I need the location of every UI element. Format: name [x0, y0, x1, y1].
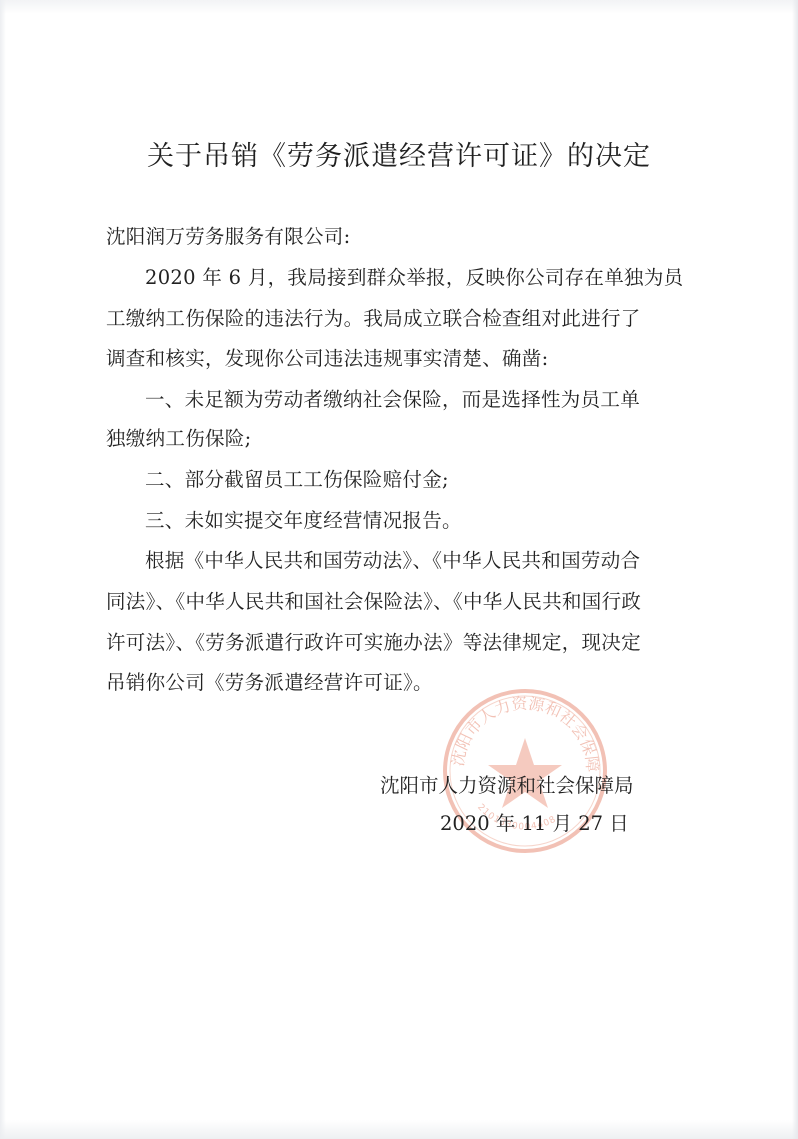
violation-item-2: 二、部分截留员工工伤保险赔付金; [145, 464, 449, 492]
issuer-name: 沈阳市人力资源和社会保障局 [380, 770, 634, 798]
issue-date: 2020 年 11 月 27 日 [440, 808, 629, 836]
body-line-2: 工缴纳工伤保险的违法行为。我局成立联合检查组对此进行了 [106, 303, 641, 331]
body-line-1: 2020 年 6 月，我局接到群众举报，反映你公司存在单独为员 [145, 262, 683, 290]
legal-basis-line-2: 同法》、《中华人民共和国社会保险法》、《中华人民共和国行政 [106, 586, 641, 614]
violation-item-1: 一、未足额为劳动者缴纳社会保险，而是选择性为员工单 [145, 384, 640, 412]
document-title: 关于吊销《劳务派遣经营许可证》的决定 [0, 134, 798, 173]
legal-basis-line-1: 根据《中华人民共和国劳动法》、《中华人民共和国劳动合 [145, 545, 640, 573]
decision-line: 吊销你公司《劳务派遣经营许可证》。 [106, 667, 433, 695]
body-line-3: 调查和核实，发现你公司违法违规事实清楚、确凿: [106, 343, 548, 371]
violation-item-1-cont: 独缴纳工伤保险; [106, 423, 251, 451]
violation-item-3: 三、未如实提交年度经营情况报告。 [145, 505, 462, 533]
legal-basis-line-3: 许可法》、《劳务派遣行政许可实施办法》等法律规定，现决定 [106, 627, 641, 655]
document-page: 关于吊销《劳务派遣经营许可证》的决定 沈阳润万劳务服务有限公司: 2020 年 … [0, 0, 798, 1139]
addressee: 沈阳润万劳务服务有限公司: [106, 221, 350, 249]
